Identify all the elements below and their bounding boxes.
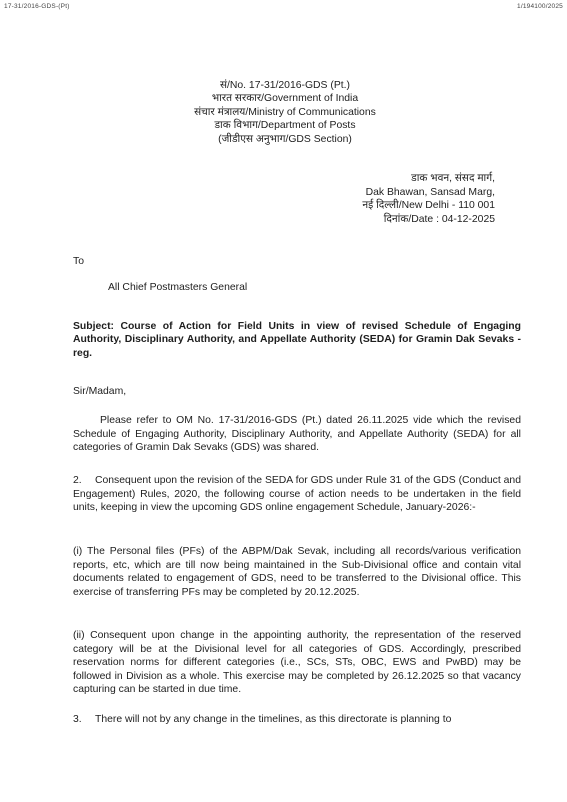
paragraph-2-item-ii: (ii) Consequent upon change in the appoi…	[73, 629, 521, 697]
paragraph-2: 2.Consequent upon the revision of the SE…	[73, 474, 521, 515]
page-header-receipt-number: 1/194100/2025	[517, 3, 563, 10]
salutation: Sir/Madam,	[73, 386, 126, 397]
letterhead-section: (जीडीएस अनुभाग/GDS Section)	[150, 133, 420, 146]
to-label: To	[73, 256, 84, 267]
subject-line: Subject: Course of Action for Field Unit…	[73, 320, 521, 360]
paragraph-3: 3.There will not by any change in the ti…	[73, 713, 521, 727]
letterhead-file-number: सं/No. 17-31/2016-GDS (Pt.)	[150, 79, 420, 92]
paragraph-text: Consequent upon the revision of the SEDA…	[73, 475, 521, 513]
paragraph-2-item-i: (i) The Personal files (PFs) of the ABPM…	[73, 545, 521, 599]
letterhead-government: भारत सरकार/Government of India	[150, 92, 420, 105]
paragraph-number: 3.	[73, 713, 95, 727]
recipient: All Chief Postmasters General	[108, 282, 247, 293]
paragraph-number: 2.	[73, 474, 95, 488]
address-line-building: Dak Bhawan, Sansad Marg,	[362, 186, 495, 200]
sender-address: डाक भवन, संसद मार्ग, Dak Bhawan, Sansad …	[362, 172, 495, 226]
paragraph-text: There will not by any change in the time…	[95, 714, 451, 725]
letterhead-department: डाक विभाग/Department of Posts	[150, 119, 420, 132]
page-header-file-number: 17-31/2016-GDS-(Pt)	[4, 3, 70, 10]
letterhead-ministry: संचार मंत्रालय/Ministry of Communication…	[150, 106, 420, 119]
paragraph-1: Please refer to OM No. 17-31/2016-GDS (P…	[73, 414, 521, 455]
address-line-city: नई दिल्ली/New Delhi - 110 001	[362, 199, 495, 213]
document-date: दिनांक/Date : 04-12-2025	[362, 213, 495, 227]
address-line-hindi: डाक भवन, संसद मार्ग,	[362, 172, 495, 186]
letterhead: सं/No. 17-31/2016-GDS (Pt.) भारत सरकार/G…	[150, 79, 420, 146]
